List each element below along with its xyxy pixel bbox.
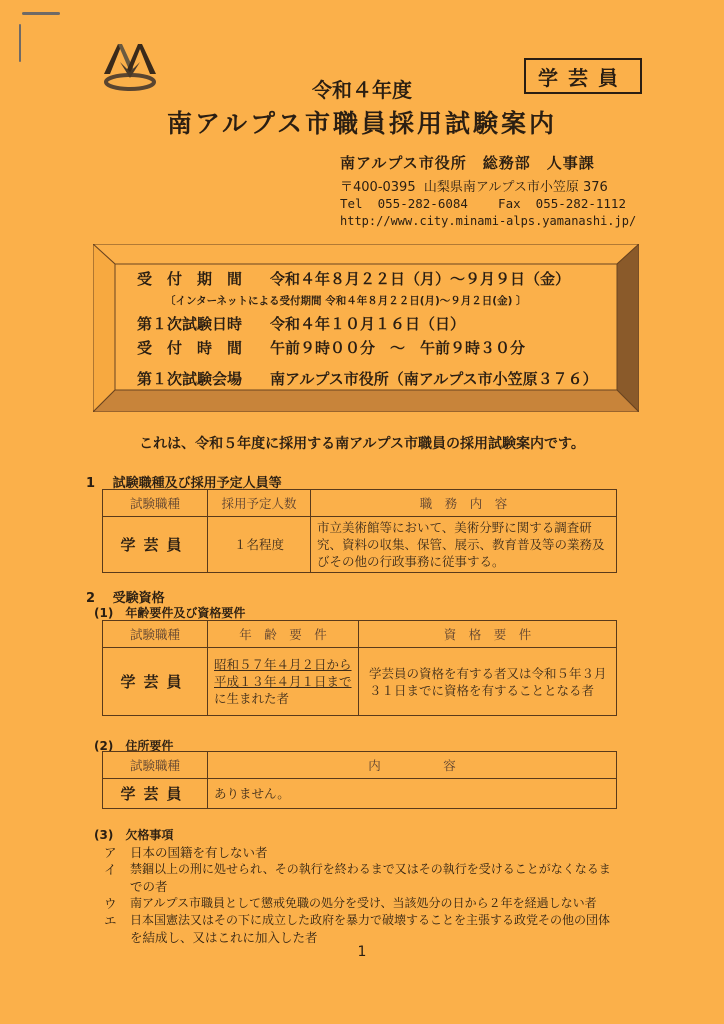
issuer-url[interactable]: http://www.city.minami-alps.yamanashi.jp… (340, 214, 636, 228)
job-name: 学芸員 (103, 648, 208, 716)
col-header-duties: 職 務 内 容 (311, 490, 617, 517)
list-item: ア 日本の国籍を有しない者 (104, 843, 644, 860)
disqualification-list: ア 日本の国籍を有しない者 イ 禁錮以上の刑に処せられ、その執行を終わるまで又は… (104, 843, 644, 945)
eligibility-table: 試験職種 年 齢 要 件 資 格 要 件 学芸員 昭和５７年４月２日から 平成１… (102, 620, 617, 716)
col-header-job: 試験職種 (103, 490, 208, 517)
list-item: ウ 南アルプス市職員として懲戒免職の処分を受け、当該処分の日から２年を経過しない… (104, 894, 644, 911)
title-year: 令和４年度 (0, 74, 724, 103)
job-name: 学芸員 (103, 517, 208, 573)
col-header-age: 年 齢 要 件 (208, 621, 359, 648)
col-header-content: 内 容 (208, 752, 617, 779)
list-item: イ 禁錮以上の刑に処せられ、その執行を終わるまで又はその執行を受けることがなくな… (104, 860, 644, 877)
item-text: 日本の国籍を有しない者 (130, 843, 268, 860)
page-title: 南アルプス市職員採用試験案内 (0, 104, 724, 140)
age-line: に生まれた者 (214, 690, 352, 707)
item-text: を結成し、又はこれに加入した者 (130, 928, 318, 945)
item-mark: エ (104, 911, 130, 928)
item-text: 日本国憲法又はその下に成立した政府を暴力で破壊することを主張する政党その他の団体 (130, 911, 610, 928)
staple-mark (19, 24, 21, 62)
col-header-qualification: 資 格 要 件 (359, 621, 617, 648)
item-text: での者 (130, 877, 168, 894)
age-line: 昭和５７年４月２日から (214, 656, 352, 673)
item-mark: ウ (104, 894, 130, 911)
residence-content: ありません。 (208, 779, 617, 809)
item-mark: イ (104, 860, 130, 877)
col-header-count: 採用予定人数 (208, 490, 311, 517)
issuer-address: 〒400-0395 山梨県南アルプス市小笠原 376 (340, 176, 608, 195)
hire-count: １名程度 (208, 517, 311, 573)
list-item-continued: での者 (104, 877, 644, 894)
issuer-org: 南アルプス市役所 総務部 人事課 (340, 152, 595, 173)
venue-label: 第１次試験会場 (137, 368, 242, 389)
reception-period-value: 令和４年８月２２日（月）～９月９日（金） (270, 268, 570, 289)
col-header-job: 試験職種 (103, 752, 208, 779)
item-text: 南アルプス市職員として懲戒免職の処分を受け、当該処分の日から２年を経過しない者 (130, 894, 597, 911)
page-number: 1 (0, 944, 724, 960)
item-mark: ア (104, 843, 130, 860)
notice-text: これは、令和５年度に採用する南アルプス市職員の採用試験案内です。 (0, 433, 724, 453)
exam-date-label: 第１次試験日時 (137, 313, 242, 334)
col-header-job: 試験職種 (103, 621, 208, 648)
item-text: 禁錮以上の刑に処せられ、その執行を終わるまで又はその執行を受けることがなくなるま (130, 860, 611, 877)
reception-time-label: 受 付 時 間 (137, 337, 242, 358)
exam-date-value: 令和４年１０月１６日（日） (270, 313, 465, 334)
age-requirement: 昭和５７年４月２日から 平成１３年４月１日まで に生まれた者 (208, 648, 359, 716)
qualification-text: 学芸員の資格を有する者又は令和５年３月３１日までに資格を有することとなる者 (359, 648, 617, 716)
job-name: 学芸員 (103, 779, 208, 809)
internet-period-note: 〔インターネットによる受付期間 令和４年８月２２日(月)～９月２日(金) 〕 (165, 293, 527, 308)
age-line: 平成１３年４月１日まで (214, 673, 352, 690)
sub1-heading: (1) 年齢要件及び資格要件 (94, 604, 245, 621)
schedule-panel: 受 付 期 間 令和４年８月２２日（月）～９月９日（金） 〔インターネットによる… (115, 264, 617, 390)
venue-value: 南アルプス市役所（南アルプス市小笠原３７６） (270, 368, 598, 389)
list-item-continued: を結成し、又はこれに加入した者 (104, 928, 644, 945)
reception-time-value: 午前９時００分 ～ 午前９時３０分 (270, 337, 525, 358)
positions-table: 試験職種 採用予定人数 職 務 内 容 学芸員 １名程度 市立美術館等において、… (102, 489, 617, 573)
staple-mark (22, 12, 60, 15)
reception-period-label: 受 付 期 間 (137, 268, 242, 289)
issuer-phone: Tel 055-282-6084 Fax 055-282-1112 (340, 196, 626, 211)
list-item: エ 日本国憲法又はその下に成立した政府を暴力で破壊することを主張する政党その他の… (104, 911, 644, 928)
sub3-heading: (3) 欠格事項 (94, 826, 173, 843)
residence-table: 試験職種 内 容 学芸員 ありません。 (102, 751, 617, 809)
duties-text: 市立美術館等において、美術分野に関する調査研究、資料の収集、保管、展示、教育普及… (311, 517, 617, 573)
